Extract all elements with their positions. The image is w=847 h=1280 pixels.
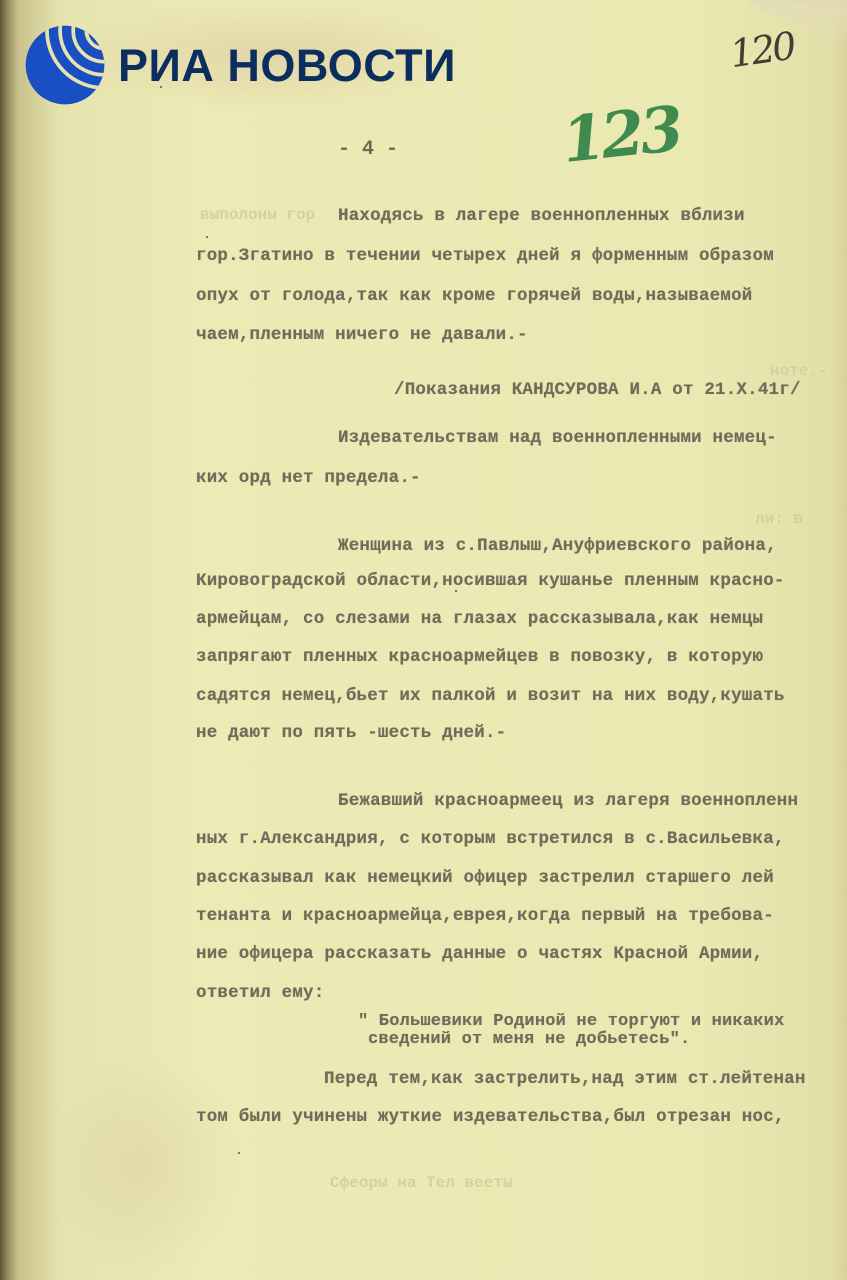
text-line: ответил ему: <box>196 983 324 1003</box>
bleed-through-text: ноте.- <box>770 362 828 380</box>
paper-speck <box>238 1152 240 1154</box>
text-line: не дают по пять -шесть дней.- <box>196 723 506 743</box>
text-line: Женщина из с.Павлыш,Ануфриевского района… <box>338 536 777 556</box>
page-number: - 4 - <box>338 138 398 161</box>
paper-stain <box>40 1050 240 1280</box>
logo-text: РИА НОВОСТИ <box>118 43 456 88</box>
text-line: ние офицера рассказать данные о частях К… <box>196 944 763 964</box>
text-line: ных г.Александрия, с которым встретился … <box>196 829 785 849</box>
archive-page-number: 120 <box>727 24 796 76</box>
text-line: запрягают пленных красноармейцев в повоз… <box>196 647 763 667</box>
bleed-through-text: Сфеоры на Тел вееты <box>330 1174 512 1192</box>
text-line: " Большевики Родиной не торгуют и никаки… <box>358 1013 784 1031</box>
ria-novosti-logo: РИА НОВОСТИ <box>24 24 456 106</box>
folio-number: 123 <box>559 92 683 177</box>
text-line: рассказывал как немецкий офицер застрели… <box>196 868 774 888</box>
paper-speck <box>160 86 162 88</box>
paper-speck <box>206 236 208 238</box>
text-line: тенанта и красноармейца,еврея,когда перв… <box>196 906 774 926</box>
globe-waves-icon <box>24 24 106 106</box>
text-line: том были учинены жуткие издевательства,б… <box>196 1107 785 1127</box>
bleed-through-text: ли: в <box>755 510 803 528</box>
text-line: чаем,пленным ничего не давали.- <box>196 325 528 345</box>
paper-speck <box>455 590 457 592</box>
text-line: армейцам, со слезами на глазах рассказыв… <box>196 609 763 629</box>
bleed-through-text: выполоны гор <box>200 206 315 224</box>
text-line: Перед тем,как застрелить,над этим ст.лей… <box>324 1069 806 1089</box>
text-line: Кировоградской области,носившая кушанье … <box>196 571 785 591</box>
text-line: сведений от меня не добьетесь". <box>368 1031 690 1049</box>
text-line: гор.Згатино в течении четырех дней я фор… <box>196 246 774 266</box>
testimony-citation: /Показания КАНДСУРОВА И.А от 21.Х.41г/ <box>394 380 801 400</box>
text-line: садятся немец,бьет их палкой и возит на … <box>196 686 785 706</box>
text-line: ких орд нет предела.- <box>196 468 421 488</box>
text-line: Издевательствам над военнопленными немец… <box>338 428 777 448</box>
text-line: Находясь в лагере военнопленных вблизи <box>338 206 745 226</box>
text-line: опух от голода,так как кроме горячей вод… <box>196 286 753 306</box>
text-line: Бежавший красноармеец из лагеря военнопл… <box>338 791 798 811</box>
